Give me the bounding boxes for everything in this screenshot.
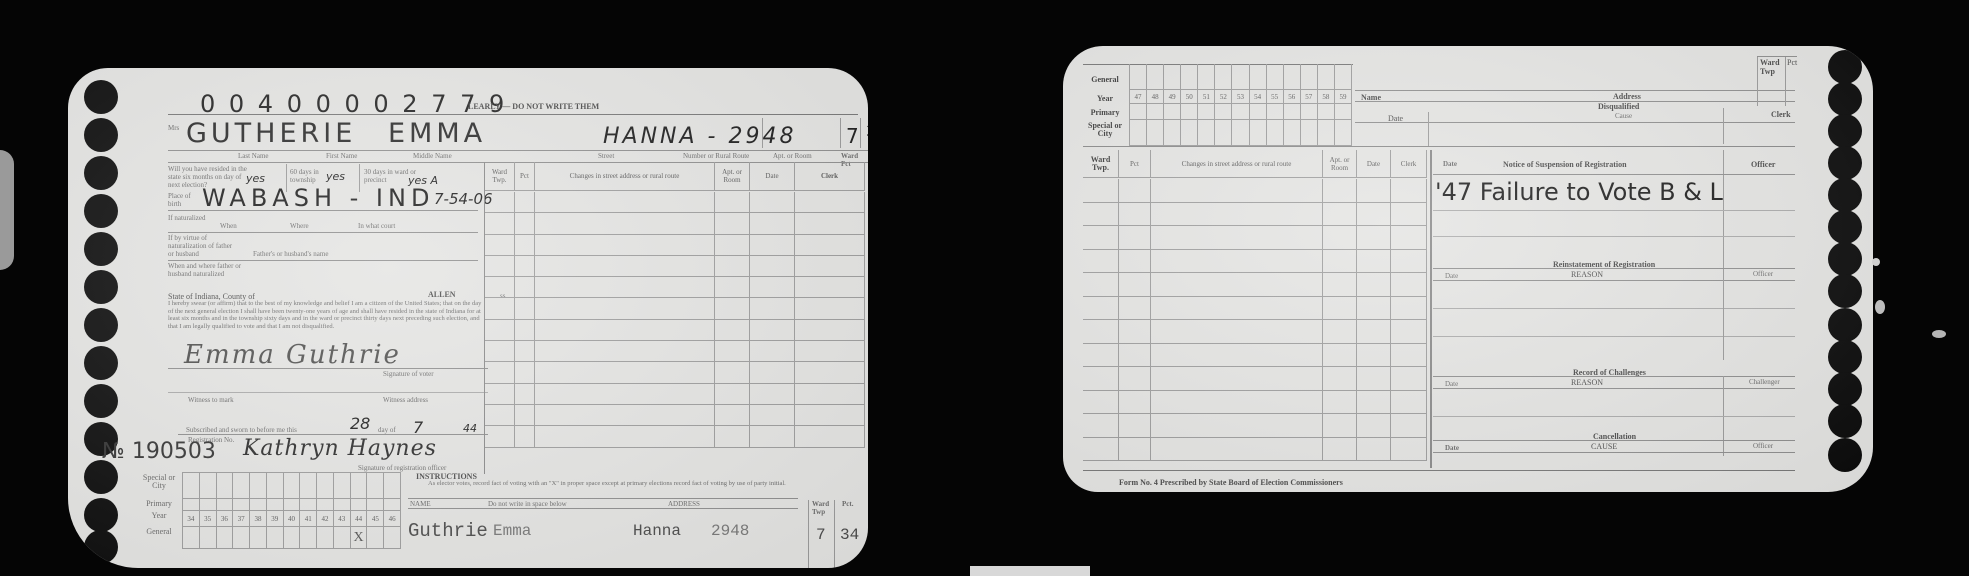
punch-hole: [1828, 114, 1862, 148]
col-header: Pct: [515, 162, 535, 191]
disqualified-label: Disqualified: [1598, 102, 1639, 111]
background-speck: [1932, 330, 1946, 338]
ward-value: 7: [846, 124, 859, 148]
year-cell: 55: [1267, 90, 1284, 104]
typed-first-name: Emma: [493, 522, 531, 540]
year-cell: 57: [1301, 90, 1318, 104]
typed-street: Hanna: [633, 522, 681, 540]
year-cell: 56: [1284, 90, 1301, 104]
year-cell: 51: [1198, 90, 1215, 104]
punch-hole: [1828, 438, 1862, 472]
punch-hole: [1828, 340, 1862, 374]
punch-hole: [84, 118, 118, 152]
punch-hole: [84, 384, 118, 418]
front-registration-card: 0 0 4 0 0 0 0 2 7 7 9 LEARLY — DO NOT WR…: [68, 68, 868, 568]
col-header: Changes in street address or rural route: [535, 162, 715, 191]
cancellation-officer-label: Officer: [1753, 442, 1773, 450]
year-cell: 54: [1250, 90, 1267, 104]
punch-hole: [84, 530, 118, 564]
typed-number: 2948: [711, 522, 749, 540]
precinct-value: 34: [866, 124, 868, 140]
typed-precinct: 34: [840, 526, 859, 544]
officer-signature: Kathryn Haynes: [243, 436, 437, 461]
year-cell: 42: [317, 511, 334, 527]
do-not-write-label: Do not write in space below: [488, 500, 567, 508]
punch-hole: [84, 346, 118, 380]
place-of-birth-label: Place of birth: [168, 192, 198, 208]
witness-address-label: Witness address: [383, 396, 428, 404]
place-of-birth-value: WABASH - IND: [202, 184, 434, 212]
punch-hole: [1828, 308, 1862, 342]
cancellation-cause-label: CAUSE: [1591, 442, 1617, 451]
instructions-text: As elector votes, record fact of voting …: [428, 480, 788, 488]
registration-number: № 190503: [102, 439, 216, 464]
row-label-general: General: [1083, 76, 1127, 84]
street-label: Street: [598, 152, 614, 160]
punch-hole: [84, 194, 118, 228]
where-label: Where: [290, 222, 309, 230]
year-cell: 43: [334, 511, 351, 527]
punch-hole: [1828, 50, 1862, 84]
header-instruction: LEARLY — DO NOT WRITE THEM: [468, 102, 599, 111]
row-label-primary: Primary: [1083, 109, 1127, 117]
oath-county: ALLEN: [428, 290, 456, 299]
punch-hole: [1828, 210, 1862, 244]
address-label: ADDRESS: [668, 500, 700, 508]
punch-hole: [1828, 372, 1862, 406]
row-label-primary: Primary: [138, 500, 180, 508]
year-cell: 50: [1181, 90, 1198, 104]
front-changes-rows: [485, 192, 865, 448]
first-name-value: EMMA: [388, 118, 486, 149]
back-changes-table: Ward Twp. Pct Changes in street address …: [1083, 150, 1427, 178]
punch-hole: [84, 460, 118, 494]
background-speck: [1872, 258, 1880, 266]
day-of-label: day of: [378, 426, 396, 434]
cancellation-date-label: Date: [1445, 444, 1459, 452]
punch-hole: [84, 232, 118, 266]
row-label-special: Special or City: [1083, 122, 1127, 138]
row-label-year: Year: [1083, 95, 1127, 103]
street-value: HANNA - 2948: [603, 124, 796, 149]
year-cell: 48: [1147, 90, 1164, 104]
col-header: Apt. or Room: [715, 162, 750, 191]
by-virtue-label: If by virtue of naturalization of father…: [168, 234, 238, 258]
row-label-general: General: [138, 528, 180, 536]
year-cell: 36: [217, 511, 234, 527]
disq-address-label: Address: [1613, 92, 1641, 101]
year-cell: 44: [351, 511, 368, 527]
subscribed-sworn-label: Subscribed and sworn to before me this: [186, 426, 297, 434]
fathers-name-label: Father's or husband's name: [253, 250, 328, 258]
year-cell: 40: [284, 511, 301, 527]
suspension-date-label: Date: [1443, 160, 1457, 168]
col-header: Pct: [1119, 150, 1151, 178]
year-cell: 35: [200, 511, 217, 527]
general-vote-mark: X: [351, 527, 368, 549]
col-header: Clerk: [795, 162, 865, 191]
col-header: Ward Twp.: [485, 162, 515, 191]
challenges-reason-label: REASON: [1571, 378, 1603, 387]
punch-hole: [1828, 242, 1862, 276]
disq-clerk-label: Clerk: [1771, 110, 1791, 119]
back-election-grid: 47 48 49 50 51 52 53 54 55 56 57 58 59: [1129, 64, 1352, 146]
oath-text: I hereby swear (or affirm) that to the b…: [168, 300, 483, 330]
front-changes-table: Ward Twp. Pct Changes in street address …: [485, 162, 865, 184]
first-name-label: First Name: [326, 152, 357, 160]
pct-label: Pct.: [842, 500, 853, 508]
prefix-label: Mrs: [168, 124, 179, 132]
front-election-grid: 34 35 36 37 38 39 40 41 42 43 44 45 46 X: [182, 472, 401, 549]
punch-hole: [1828, 178, 1862, 212]
voter-signature: Emma Guthrie: [184, 340, 401, 370]
year-cell: 34: [183, 511, 200, 527]
background-edge: [0, 150, 14, 270]
punch-hole: [84, 308, 118, 342]
year-cell: 49: [1164, 90, 1181, 104]
row-label-year: Year: [138, 512, 180, 520]
punch-hole: [1828, 404, 1862, 438]
year-cell: 38: [250, 511, 267, 527]
signature-of-voter-label: Signature of voter: [383, 370, 434, 378]
witness-to-mark-label: Witness to mark: [188, 396, 234, 404]
name-label: NAME: [410, 500, 431, 508]
punch-hole: [1828, 82, 1862, 116]
punch-hole: [1828, 274, 1862, 308]
punch-hole: [84, 270, 118, 304]
year-cell: 53: [1232, 90, 1249, 104]
naturalized-label: If naturalized: [168, 214, 228, 222]
year-cell: 45: [367, 511, 384, 527]
year-cell: 39: [267, 511, 284, 527]
punch-hole: [1828, 146, 1862, 180]
background-speck: [1875, 300, 1885, 314]
signature-officer-label: Signature of registration officer: [358, 464, 446, 472]
disq-cause-label: Cause: [1615, 112, 1632, 120]
year-cell: 58: [1318, 90, 1335, 104]
punch-hole: [84, 80, 118, 114]
challenges-date-label: Date: [1445, 380, 1458, 388]
last-name-value: GUTHERIE: [186, 118, 356, 149]
typed-last-name: Guthrie: [408, 520, 488, 542]
apt-room-label: Apt. or Room: [773, 152, 812, 160]
col-header: Ward Twp.: [1083, 150, 1119, 178]
background-strip: [970, 566, 1090, 576]
suspension-officer-label: Officer: [1751, 160, 1775, 169]
court-label: In what court: [358, 222, 395, 230]
year-cell: 46: [384, 511, 401, 527]
sworn-day-value: 28: [350, 414, 370, 433]
ward-twp-label: Ward Twp: [812, 500, 832, 516]
suspension-title: Notice of Suspension of Registration: [1503, 160, 1627, 169]
reinstatement-officer-label: Officer: [1753, 270, 1773, 278]
year-cell: 59: [1335, 90, 1352, 104]
when-where-father-label: When and where father or husband natural…: [168, 262, 248, 278]
col-header: Date: [750, 162, 795, 191]
resided-county-value: yes: [326, 170, 345, 183]
col-header: Changes in street address or rural route: [1151, 150, 1323, 178]
year-cell: 41: [300, 511, 317, 527]
back-changes-rows: [1083, 179, 1427, 461]
middle-name-label: Middle Name: [413, 152, 452, 160]
punch-hole: [84, 156, 118, 190]
disq-pct-label: Pct: [1787, 58, 1797, 67]
year-cell: 37: [233, 511, 250, 527]
form-footer: Form No. 4 Prescribed by State Board of …: [1119, 478, 1343, 487]
reinstatement-date-label: Date: [1445, 272, 1458, 280]
year-cell: 52: [1215, 90, 1232, 104]
col-header: Clerk: [1391, 150, 1427, 178]
punch-hole: [84, 498, 118, 532]
col-header: Apt. or Room: [1323, 150, 1357, 178]
challenges-challenger-label: Challenger: [1749, 378, 1780, 386]
number-route-label: Number or Rural Route: [683, 152, 749, 160]
disq-ward-label: Ward Twp: [1760, 58, 1782, 76]
reinstatement-reason-label: REASON: [1571, 270, 1603, 279]
year-cell: 47: [1130, 90, 1147, 104]
row-label-special: Special or City: [138, 474, 180, 490]
last-name-label: Last Name: [238, 152, 269, 160]
back-registration-card: General Year Primary Special or City 47 …: [1063, 46, 1873, 492]
when-label: When: [220, 222, 237, 230]
typed-ward: 7: [816, 526, 826, 544]
col-header: Date: [1357, 150, 1391, 178]
suspension-entry: '47 Failure to Vote B & L: [1435, 178, 1723, 206]
